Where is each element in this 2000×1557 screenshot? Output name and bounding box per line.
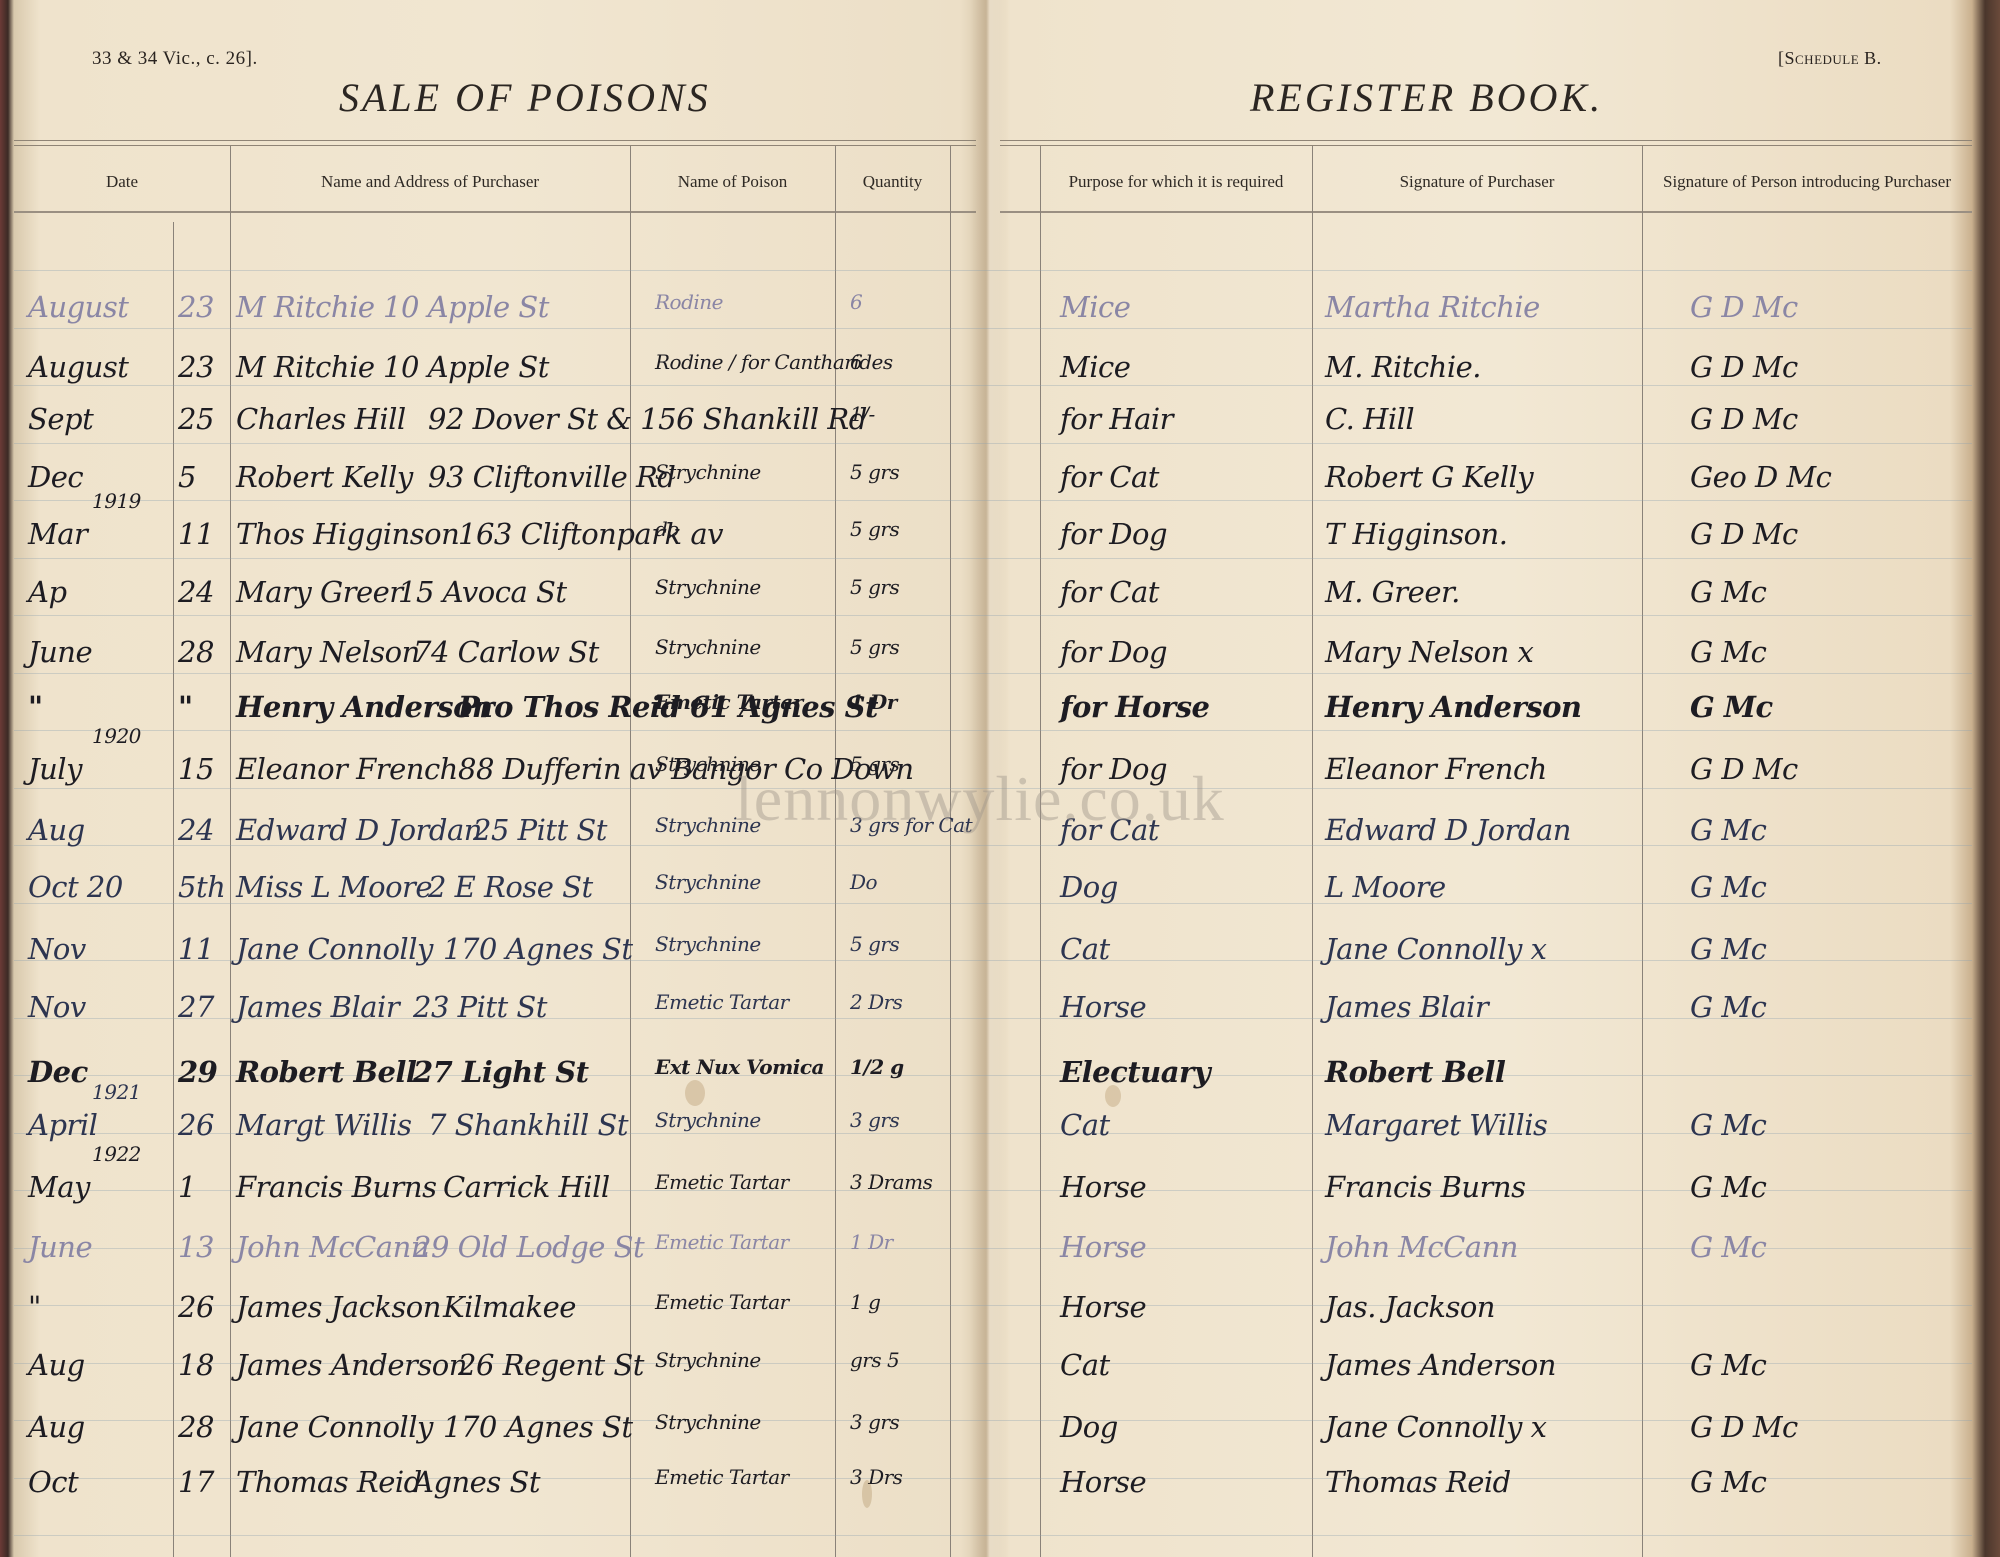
entry-day: 11 — [178, 932, 214, 966]
page-title-left: SALE OF POISONS — [339, 74, 711, 121]
header-top-rule — [1000, 140, 1972, 146]
entry-address: Carrick Hill — [443, 1170, 610, 1204]
entry-introducer-signature: Geo D Mc — [1690, 460, 1831, 494]
entry-purchaser-signature: Henry Anderson — [1325, 690, 1582, 724]
entry-address: 15 Avoca St — [398, 575, 567, 609]
entry-purchaser-name: Eleanor French — [236, 752, 458, 786]
entry-month: June — [28, 635, 92, 669]
entry-quantity: 2 Drs — [850, 990, 902, 1014]
column-header-purpose: Purpose for which it is required — [1040, 158, 1312, 204]
entry-year-note: 1920 — [92, 724, 141, 748]
ruled-line — [14, 1535, 1972, 1536]
entry-poison: Strychnine — [655, 752, 761, 776]
entry-purchaser-name: James Anderson — [236, 1348, 467, 1382]
entry-address: 170 Agnes St — [443, 1410, 633, 1444]
entry-purchaser-name: Mary Greer — [236, 575, 403, 609]
entry-month: Ap — [28, 575, 67, 609]
entry-poison: Rodine — [655, 290, 723, 314]
column-header-poison: Name of Poison — [630, 158, 835, 204]
column-divider — [1040, 146, 1041, 1557]
entry-month: Mar — [28, 517, 87, 551]
ink-stain — [862, 1480, 872, 1508]
column-header-quantity: Quantity — [835, 158, 950, 204]
entry-day: 5th — [178, 870, 225, 904]
entry-purpose: for Hair — [1060, 402, 1173, 436]
entry-quantity: 1 Dr — [850, 1230, 893, 1254]
column-header-date: Date — [14, 158, 230, 204]
statute-reference: 33 & 34 Vic., c. 26]. — [92, 48, 258, 70]
entry-purpose: Cat — [1060, 932, 1110, 966]
entry-purchaser-signature: Margaret Willis — [1325, 1108, 1547, 1142]
entry-introducer-signature: G Mc — [1690, 1170, 1766, 1204]
entry-purchaser-name: M Ritchie — [236, 350, 375, 384]
entry-address: 27 Light St — [413, 1055, 589, 1089]
entry-month: July — [28, 752, 82, 786]
entry-purchaser-signature: M. Greer. — [1325, 575, 1460, 609]
page-title-right: REGISTER BOOK. — [1250, 74, 1603, 121]
entry-purchaser-name: Jane Connolly — [236, 1410, 433, 1444]
entry-day: 1 — [178, 1170, 196, 1204]
entry-purpose: Cat — [1060, 1348, 1110, 1382]
entry-quantity: 3 grs — [850, 1410, 899, 1434]
entry-quantity: 5 grs — [850, 517, 899, 541]
entry-poison: Ext Nux Vomica — [655, 1055, 824, 1079]
ruled-line — [14, 730, 1972, 731]
entry-purchaser-signature: C. Hill — [1325, 402, 1414, 436]
entry-month: Dec — [28, 1055, 88, 1089]
entry-purchaser-name: Robert Kelly — [236, 460, 413, 494]
entry-poison: Strychnine — [655, 575, 761, 599]
entry-quantity: 3 grs for Cat — [850, 813, 972, 837]
day-divider — [173, 222, 174, 1557]
entry-address: 2 E Rose St — [428, 870, 593, 904]
entry-month: Oct 20 — [28, 870, 123, 904]
entry-year-note: 1921 — [92, 1080, 141, 1104]
entry-purpose: Mice — [1060, 290, 1130, 324]
entry-address: Agnes St — [413, 1465, 540, 1499]
entry-address: 26 Regent St — [458, 1348, 644, 1382]
entry-month: June — [28, 1230, 92, 1264]
entry-poison: Emetic Tartar — [655, 990, 789, 1014]
entry-month: Aug — [28, 1410, 85, 1444]
entry-quantity: 6 — [850, 290, 862, 314]
entry-day: 13 — [178, 1230, 214, 1264]
column-header-introducer-signature: Signature of Person introducing Purchase… — [1642, 158, 1972, 204]
ink-stain — [685, 1080, 705, 1106]
entry-purchaser-signature: James Blair — [1325, 990, 1488, 1024]
entry-introducer-signature: G Mc — [1690, 1348, 1766, 1382]
entry-introducer-signature: G D Mc — [1690, 1410, 1798, 1444]
entry-day: 24 — [178, 575, 214, 609]
entry-day: 11 — [178, 517, 214, 551]
entry-day: 5 — [178, 460, 196, 494]
entry-address: Kilmakee — [443, 1290, 576, 1324]
entry-month: August — [28, 290, 128, 324]
entry-purchaser-signature: Thomas Reid — [1325, 1465, 1511, 1499]
entry-purchaser-name: Mary Nelson — [236, 635, 420, 669]
entry-purchaser-signature: L Moore — [1325, 870, 1446, 904]
entry-purchaser-signature: Jane Connolly x — [1325, 932, 1546, 966]
entry-quantity: 1 Dr — [850, 690, 897, 714]
entry-purchaser-signature: Jane Connolly x — [1325, 1410, 1546, 1444]
entry-poison: Strychnine — [655, 813, 761, 837]
entry-month: April — [28, 1108, 97, 1142]
entry-year-note: 1922 — [92, 1142, 141, 1166]
entry-purchaser-name: Miss L Moore — [236, 870, 432, 904]
ruled-line — [14, 788, 1972, 789]
entry-purchaser-name: Margt Willis — [236, 1108, 412, 1142]
entry-introducer-signature: G D Mc — [1690, 350, 1798, 384]
entry-purchaser-name: Charles Hill — [236, 402, 406, 436]
entry-month: Aug — [28, 813, 85, 847]
entry-introducer-signature: G Mc — [1690, 990, 1766, 1024]
entry-quantity: 3 Drs — [850, 1465, 902, 1489]
entry-address: 163 Cliftonpark av — [458, 517, 723, 551]
entry-month: Dec — [28, 460, 83, 494]
entry-address: 93 Cliftonville Rd — [428, 460, 675, 494]
entry-introducer-signature: G Mc — [1690, 1108, 1766, 1142]
entry-quantity: 5 grs — [850, 932, 899, 956]
entry-address: 74 Carlow St — [413, 635, 599, 669]
entry-quantity: 5 grs — [850, 752, 899, 776]
ruled-line — [14, 270, 1972, 271]
entry-purpose: Cat — [1060, 1108, 1110, 1142]
entry-purpose: Horse — [1060, 1290, 1146, 1324]
entry-day: 15 — [178, 752, 214, 786]
column-header-name-address: Name and Address of Purchaser — [230, 158, 630, 204]
entry-month: August — [28, 350, 128, 384]
entry-day: 25 — [178, 402, 214, 436]
entry-quantity: 6 — [850, 350, 862, 374]
ruled-line — [14, 500, 1972, 501]
column-divider — [230, 146, 231, 1557]
entry-poison: Strychnine — [655, 870, 761, 894]
header-top-rule — [14, 140, 976, 146]
entry-purpose: for Cat — [1060, 575, 1159, 609]
entry-purpose: Mice — [1060, 350, 1130, 384]
ink-stain — [1105, 1085, 1121, 1107]
entry-address: 10 Apple St — [383, 290, 549, 324]
entry-purpose: for Horse — [1060, 690, 1210, 724]
entry-day: 23 — [178, 290, 214, 324]
entry-purchaser-signature: Francis Burns — [1325, 1170, 1525, 1204]
entry-poison: Strychnine — [655, 932, 761, 956]
entry-month: May — [28, 1170, 90, 1204]
entry-introducer-signature: G D Mc — [1690, 290, 1798, 324]
entry-purchaser-signature: James Anderson — [1325, 1348, 1556, 1382]
entry-introducer-signature: G Mc — [1690, 1465, 1766, 1499]
entry-purchaser-signature: Robert Bell — [1325, 1055, 1505, 1089]
entry-introducer-signature: G D Mc — [1690, 752, 1798, 786]
entry-poison: Strychnine — [655, 1410, 761, 1434]
entry-day: " — [178, 690, 193, 724]
entry-day: 17 — [178, 1465, 214, 1499]
entry-purchaser-name: John McCann — [236, 1230, 429, 1264]
entry-poison: Strychnine — [655, 635, 761, 659]
entry-poison: Strychnine — [655, 1108, 761, 1132]
entry-introducer-signature: G Mc — [1690, 932, 1766, 966]
entry-day: 28 — [178, 1410, 214, 1444]
column-divider — [950, 146, 951, 1557]
entry-day: 26 — [178, 1108, 214, 1142]
entry-purchaser-signature: Jas. Jackson — [1325, 1290, 1495, 1324]
entry-month: Nov — [28, 932, 86, 966]
entry-purchaser-name: Jane Connolly — [236, 932, 433, 966]
entry-introducer-signature: G Mc — [1690, 690, 1773, 724]
entry-purchaser-signature: Robert G Kelly — [1325, 460, 1533, 494]
entry-day: 26 — [178, 1290, 214, 1324]
entry-poison: Emetic Tartar — [655, 1465, 789, 1489]
entry-year-note: 1919 — [92, 489, 141, 513]
ruled-line — [14, 615, 1972, 616]
entry-month: " — [28, 1290, 41, 1324]
entry-month: Aug — [28, 1348, 85, 1382]
entry-purpose: for Cat — [1060, 460, 1159, 494]
ruled-line — [14, 673, 1972, 674]
entry-quantity: 5 grs — [850, 575, 899, 599]
entry-address: 92 Dover St & 156 Shankill Rd — [428, 402, 867, 436]
entry-purchaser-signature: Mary Nelson x — [1325, 635, 1533, 669]
entry-day: 28 — [178, 635, 214, 669]
entry-purchaser-name: Henry Anderson — [236, 690, 493, 724]
entry-purpose: for Dog — [1060, 752, 1167, 786]
entry-address: 23 Pitt St — [413, 990, 547, 1024]
entry-quantity: 1/2 g — [850, 1055, 904, 1079]
entry-introducer-signature: G Mc — [1690, 870, 1766, 904]
entry-introducer-signature: G Mc — [1690, 813, 1766, 847]
entry-quantity: 1 g — [850, 1290, 880, 1314]
entry-purpose: for Dog — [1060, 517, 1167, 551]
entry-purpose: Horse — [1060, 1170, 1146, 1204]
header-bottom-rule — [14, 211, 976, 213]
entry-poison: Emetic Tartar — [655, 690, 803, 714]
entry-poison: Strychnine — [655, 1348, 761, 1372]
entry-quantity: 5 grs — [850, 460, 899, 484]
entry-purchaser-name: James Blair — [236, 990, 399, 1024]
header-bottom-rule — [1000, 211, 1972, 213]
entry-purchaser-signature: Eleanor French — [1325, 752, 1547, 786]
entry-day: 23 — [178, 350, 214, 384]
entry-purchaser-signature: T Higginson. — [1325, 517, 1507, 551]
column-divider — [1312, 146, 1313, 1557]
entry-purchaser-signature: John McCann — [1325, 1230, 1518, 1264]
entry-purpose: Horse — [1060, 990, 1146, 1024]
entry-poison: Emetic Tartar — [655, 1230, 789, 1254]
ruled-line — [14, 385, 1972, 386]
entry-purpose: for Dog — [1060, 635, 1167, 669]
entry-day: 24 — [178, 813, 214, 847]
entry-address: 170 Agnes St — [443, 932, 633, 966]
entry-quantity: 5 grs — [850, 635, 899, 659]
entry-month: Oct — [28, 1465, 78, 1499]
entry-purchaser-name: Thomas Reid — [236, 1465, 422, 1499]
entry-day: 18 — [178, 1348, 214, 1382]
entry-purchaser-name: James Jackson — [236, 1290, 441, 1324]
entry-introducer-signature: G Mc — [1690, 635, 1766, 669]
entry-purchaser-name: Edward D Jordan — [236, 813, 482, 847]
ruled-line — [14, 443, 1972, 444]
schedule-reference: [Schedule B. — [1778, 48, 1882, 69]
entry-day: 27 — [178, 990, 214, 1024]
entry-purpose: Dog — [1060, 870, 1118, 904]
entry-purchaser-name: Thos Higginson — [236, 517, 459, 551]
entry-introducer-signature: G D Mc — [1690, 517, 1798, 551]
entry-poison: Strychnine — [655, 460, 761, 484]
entry-month: Nov — [28, 990, 86, 1024]
entry-day: 29 — [178, 1055, 217, 1089]
entry-month: " — [28, 690, 43, 724]
entry-introducer-signature: G Mc — [1690, 575, 1766, 609]
entry-purpose: for Cat — [1060, 813, 1159, 847]
entry-quantity: 3 Drams — [850, 1170, 932, 1194]
entry-poison: Emetic Tartar — [655, 1290, 789, 1314]
entry-purpose: Horse — [1060, 1465, 1146, 1499]
ruled-line — [14, 328, 1972, 329]
entry-purchaser-signature: Martha Ritchie — [1325, 290, 1540, 324]
entry-quantity: Do — [850, 870, 877, 894]
entry-introducer-signature: G D Mc — [1690, 402, 1798, 436]
entry-quantity: 1/- — [850, 402, 875, 426]
entry-poison: Emetic Tartar — [655, 1170, 789, 1194]
entry-quantity: grs 5 — [850, 1348, 899, 1372]
entry-address: 25 Pitt St — [473, 813, 607, 847]
entry-purchaser-name: Robert Bell — [236, 1055, 416, 1089]
column-divider — [1642, 146, 1643, 1557]
entry-purpose: Dog — [1060, 1410, 1118, 1444]
entry-introducer-signature: G Mc — [1690, 1230, 1766, 1264]
entry-month: Sept — [28, 402, 93, 436]
entry-address: 10 Apple St — [383, 350, 549, 384]
entry-purpose: Electuary — [1060, 1055, 1210, 1089]
entry-quantity: 3 grs — [850, 1108, 899, 1132]
entry-purpose: Horse — [1060, 1230, 1146, 1264]
entry-purchaser-signature: Edward D Jordan — [1325, 813, 1571, 847]
entry-purchaser-name: M Ritchie — [236, 290, 375, 324]
ruled-line — [14, 558, 1972, 559]
entry-poison: do — [655, 517, 679, 541]
entry-address: 29 Old Lodge St — [413, 1230, 644, 1264]
open-register-book: 33 & 34 Vic., c. 26]. SALE OF POISONS Da… — [0, 0, 2000, 1557]
column-divider — [630, 146, 631, 1557]
column-header-purchaser-signature: Signature of Purchaser — [1312, 158, 1642, 204]
entry-purchaser-signature: M. Ritchie. — [1325, 350, 1481, 384]
entry-purchaser-name: Francis Burns — [236, 1170, 436, 1204]
entry-address: 7 Shankhill St — [428, 1108, 628, 1142]
